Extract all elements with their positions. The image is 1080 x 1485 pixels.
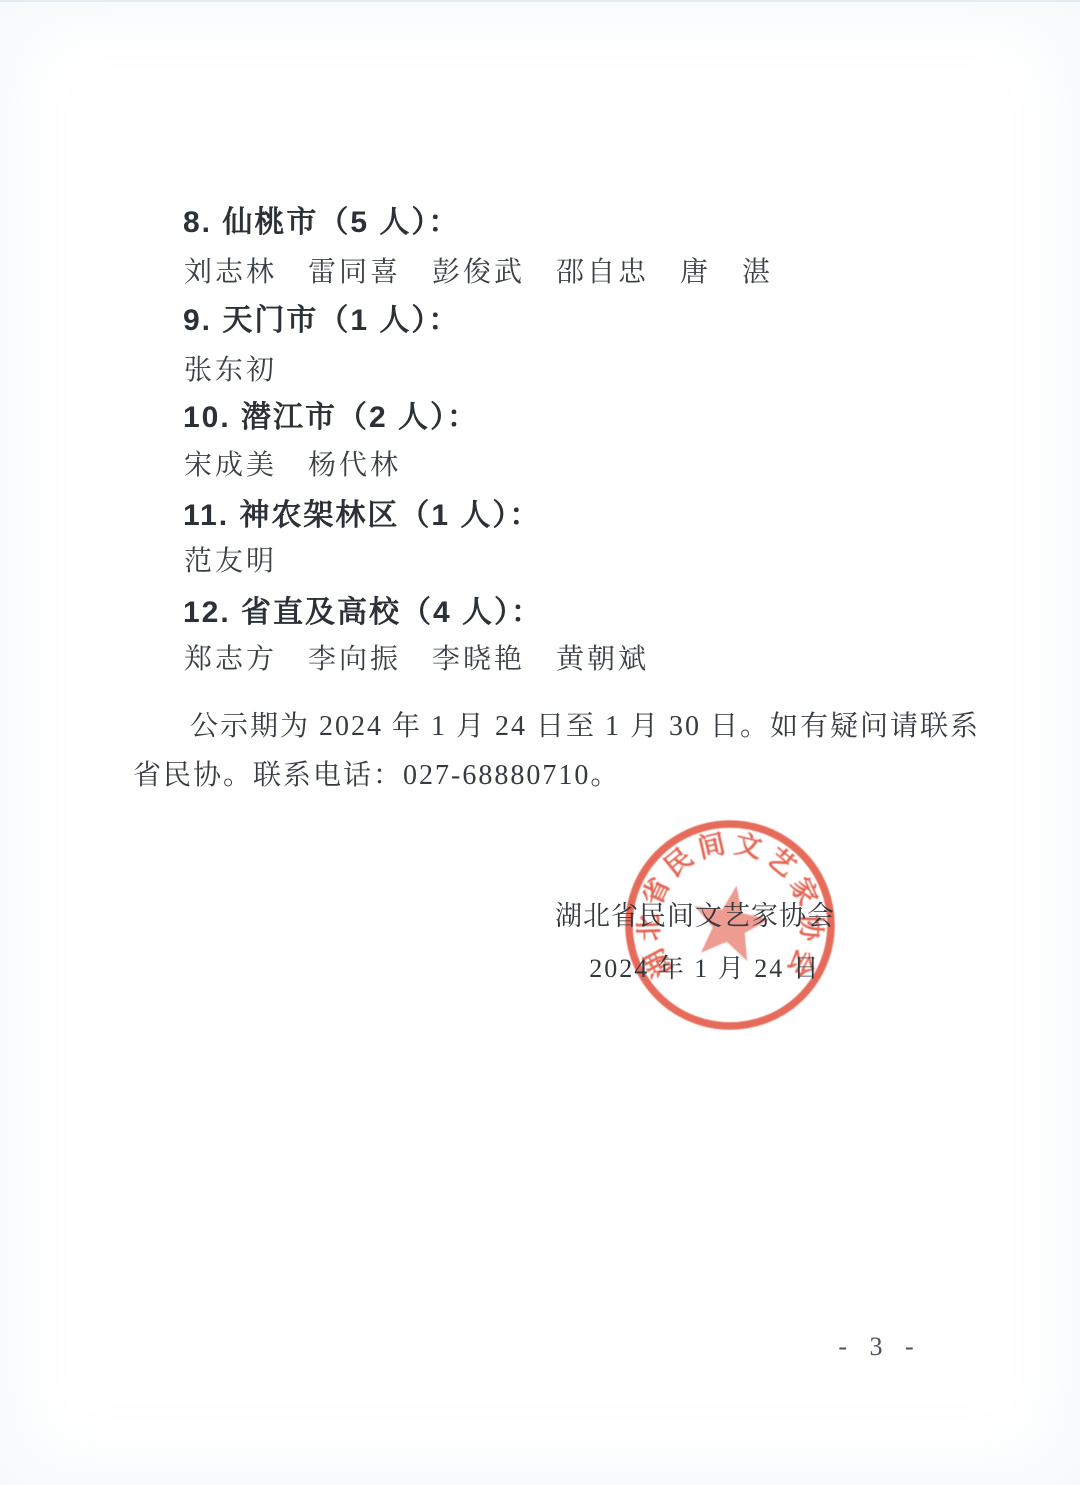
svg-text:民: 民 — [659, 842, 699, 882]
section-heading-qianjiang: 10. 潜江市（2 人）： — [183, 392, 479, 436]
section-heading-shennongjia: 11. 神农架林区（1 人）： — [183, 490, 541, 534]
page-number: - 3 - — [810, 1332, 950, 1362]
svg-text:间: 间 — [695, 827, 728, 863]
section-names-xiantao: 刘志林 雷同喜 彭俊武 邵自忠 唐 湛 — [184, 250, 773, 290]
signature-organization: 湖北省民间文艺家协会 — [495, 894, 895, 933]
section-heading-xiantao: 8. 仙桃市（5 人）： — [183, 197, 460, 241]
section-names-shennongjia: 范友明 — [184, 539, 277, 579]
section-heading-provincial: 12. 省直及高校（4 人）： — [183, 587, 543, 631]
signature-date: 2024 年 1 月 24 日 — [505, 948, 905, 985]
section-heading-tianmen: 9. 天门市（1 人）： — [183, 295, 460, 339]
section-names-qianjiang: 宋成美 杨代林 — [184, 443, 401, 483]
document-page: 8. 仙桃市（5 人）： 刘志林 雷同喜 彭俊武 邵自忠 唐 湛 9. 天门市（… — [0, 0, 1080, 1485]
notice-paragraph-line1: 公示期为 2024 年 1 月 24 日至 1 月 30 日。如有疑问请联系 — [190, 704, 980, 744]
svg-text:文: 文 — [732, 828, 765, 863]
notice-paragraph-line2: 省民协。联系电话：027-68880710。 — [133, 753, 620, 793]
svg-text:艺: 艺 — [761, 842, 801, 882]
section-names-provincial: 郑志方 李向振 李晓艳 黄朝斌 — [184, 637, 649, 677]
section-names-tianmen: 张东初 — [184, 348, 277, 388]
